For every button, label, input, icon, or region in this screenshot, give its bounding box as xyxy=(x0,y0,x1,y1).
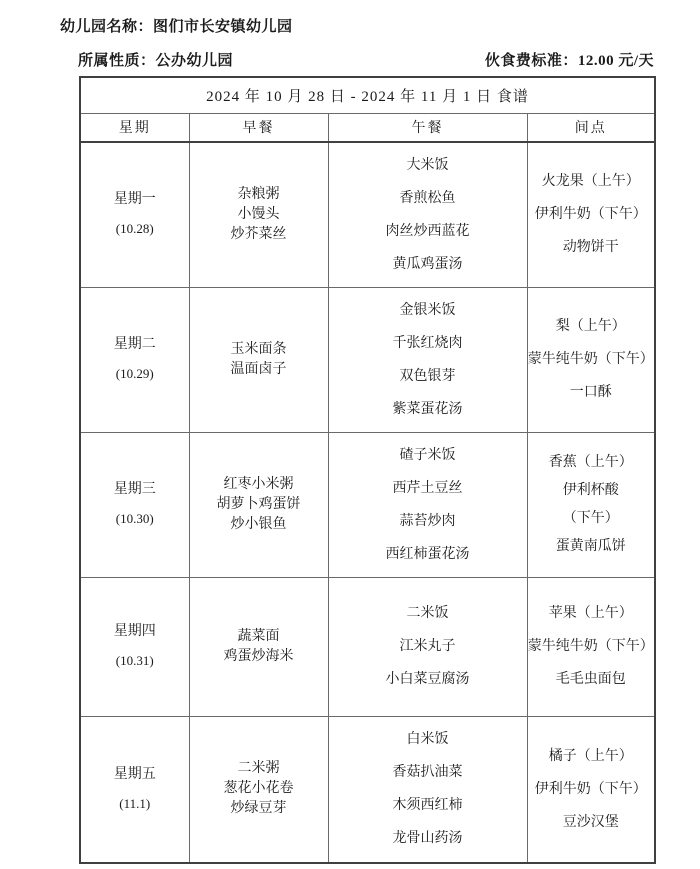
nature-and-fee-line: 所属性质：公办幼儿园 伙食费标准：12.00 元/天 xyxy=(78,49,654,70)
lunch-cell: 二米饭 江米丸子 小白菜豆腐汤 xyxy=(328,577,527,716)
breakfast-cell: 杂粮粥 小馒头 炒芥菜丝 xyxy=(189,142,328,287)
lunch-cell: 碴子米饭 西芹土豆丝 蒜苔炒肉 西红柿蛋花汤 xyxy=(328,432,527,577)
breakfast-cell: 蔬菜面 鸡蛋炒海米 xyxy=(189,577,328,716)
column-header-snack: 间点 xyxy=(527,113,655,142)
day-name: 星期一 xyxy=(81,190,189,210)
menu-row-thursday: 星期四 (10.31) 蔬菜面 鸡蛋炒海米 二米饭 江米丸子 小白菜豆腐汤 苹果… xyxy=(80,577,655,716)
day-date: (10.31) xyxy=(81,651,189,671)
day-cell: 星期五 (11.1) xyxy=(80,716,189,863)
breakfast-cell: 二米粥 葱花小花卷 炒绿豆芽 xyxy=(189,716,328,863)
lunch-cell: 大米饭 香煎松鱼 肉丝炒西蓝花 黄瓜鸡蛋汤 xyxy=(328,142,527,287)
lunch-cell: 金银米饭 千张红烧肉 双色银芽 紫菜蛋花汤 xyxy=(328,287,527,432)
day-date: (10.29) xyxy=(81,364,189,384)
menu-document: 幼儿园名称：图们市长安镇幼儿园 所属性质：公办幼儿园 伙食费标准：12.00 元… xyxy=(0,0,700,869)
nature-value: 公办幼儿园 xyxy=(156,53,234,69)
nature-label: 所属性质： xyxy=(78,53,156,69)
day-name: 星期二 xyxy=(81,335,189,355)
breakfast-cell: 红枣小米粥 胡萝卜鸡蛋饼 炒小银鱼 xyxy=(189,432,328,577)
kindergarten-name-line: 幼儿园名称：图们市长安镇幼儿园 xyxy=(60,15,293,36)
snack-cell: 香蕉（上午） 伊利杯酸 （下午） 蛋黄南瓜饼 xyxy=(527,432,655,577)
snack-cell: 火龙果（上午） 伊利牛奶（下午） 动物饼干 xyxy=(527,142,655,287)
day-date: (10.30) xyxy=(81,509,189,529)
menu-table: 2024 年 10 月 28 日 - 2024 年 11 月 1 日 食谱 星期… xyxy=(79,76,656,864)
column-header-lunch: 午餐 xyxy=(328,113,527,142)
menu-row-friday: 星期五 (11.1) 二米粥 葱花小花卷 炒绿豆芽 白米饭 香菇扒油菜 木须西红… xyxy=(80,716,655,863)
fee-field: 伙食费标准：12.00 元/天 xyxy=(485,49,654,70)
menu-row-wednesday: 星期三 (10.30) 红枣小米粥 胡萝卜鸡蛋饼 炒小银鱼 碴子米饭 西芹土豆丝… xyxy=(80,432,655,577)
day-cell: 星期一 (10.28) xyxy=(80,142,189,287)
column-header-day: 星期 xyxy=(80,113,189,142)
snack-cell: 苹果（上午） 蒙牛纯牛奶（下午） 毛毛虫面包 xyxy=(527,577,655,716)
fee-label: 伙食费标准： xyxy=(485,53,578,69)
snack-cell: 橘子（上午） 伊利牛奶（下午） 豆沙汉堡 xyxy=(527,716,655,863)
menu-row-monday: 星期一 (10.28) 杂粮粥 小馒头 炒芥菜丝 大米饭 香煎松鱼 肉丝炒西蓝花… xyxy=(80,142,655,287)
day-name: 星期四 xyxy=(81,622,189,642)
menu-row-tuesday: 星期二 (10.29) 玉米面条 温面卤子 金银米饭 千张红烧肉 双色银芽 紫菜… xyxy=(80,287,655,432)
kindergarten-name-value: 图们市长安镇幼儿园 xyxy=(153,19,293,35)
day-name: 星期五 xyxy=(81,765,189,785)
menu-title-row: 2024 年 10 月 28 日 - 2024 年 11 月 1 日 食谱 xyxy=(80,77,655,113)
menu-header-row: 星期 早餐 午餐 间点 xyxy=(80,113,655,142)
kindergarten-name-label: 幼儿园名称： xyxy=(60,19,153,35)
day-cell: 星期二 (10.29) xyxy=(80,287,189,432)
fee-value: 12.00 元/天 xyxy=(578,53,654,69)
day-date: (11.1) xyxy=(81,794,189,814)
day-name: 星期三 xyxy=(81,480,189,500)
lunch-cell: 白米饭 香菇扒油菜 木须西红柿 龙骨山药汤 xyxy=(328,716,527,863)
nature-field: 所属性质：公办幼儿园 xyxy=(78,49,233,70)
day-date: (10.28) xyxy=(81,219,189,239)
snack-cell: 梨（上午） 蒙牛纯牛奶（下午） 一口酥 xyxy=(527,287,655,432)
column-header-breakfast: 早餐 xyxy=(189,113,328,142)
day-cell: 星期四 (10.31) xyxy=(80,577,189,716)
day-cell: 星期三 (10.30) xyxy=(80,432,189,577)
breakfast-cell: 玉米面条 温面卤子 xyxy=(189,287,328,432)
menu-title: 2024 年 10 月 28 日 - 2024 年 11 月 1 日 食谱 xyxy=(80,77,655,113)
